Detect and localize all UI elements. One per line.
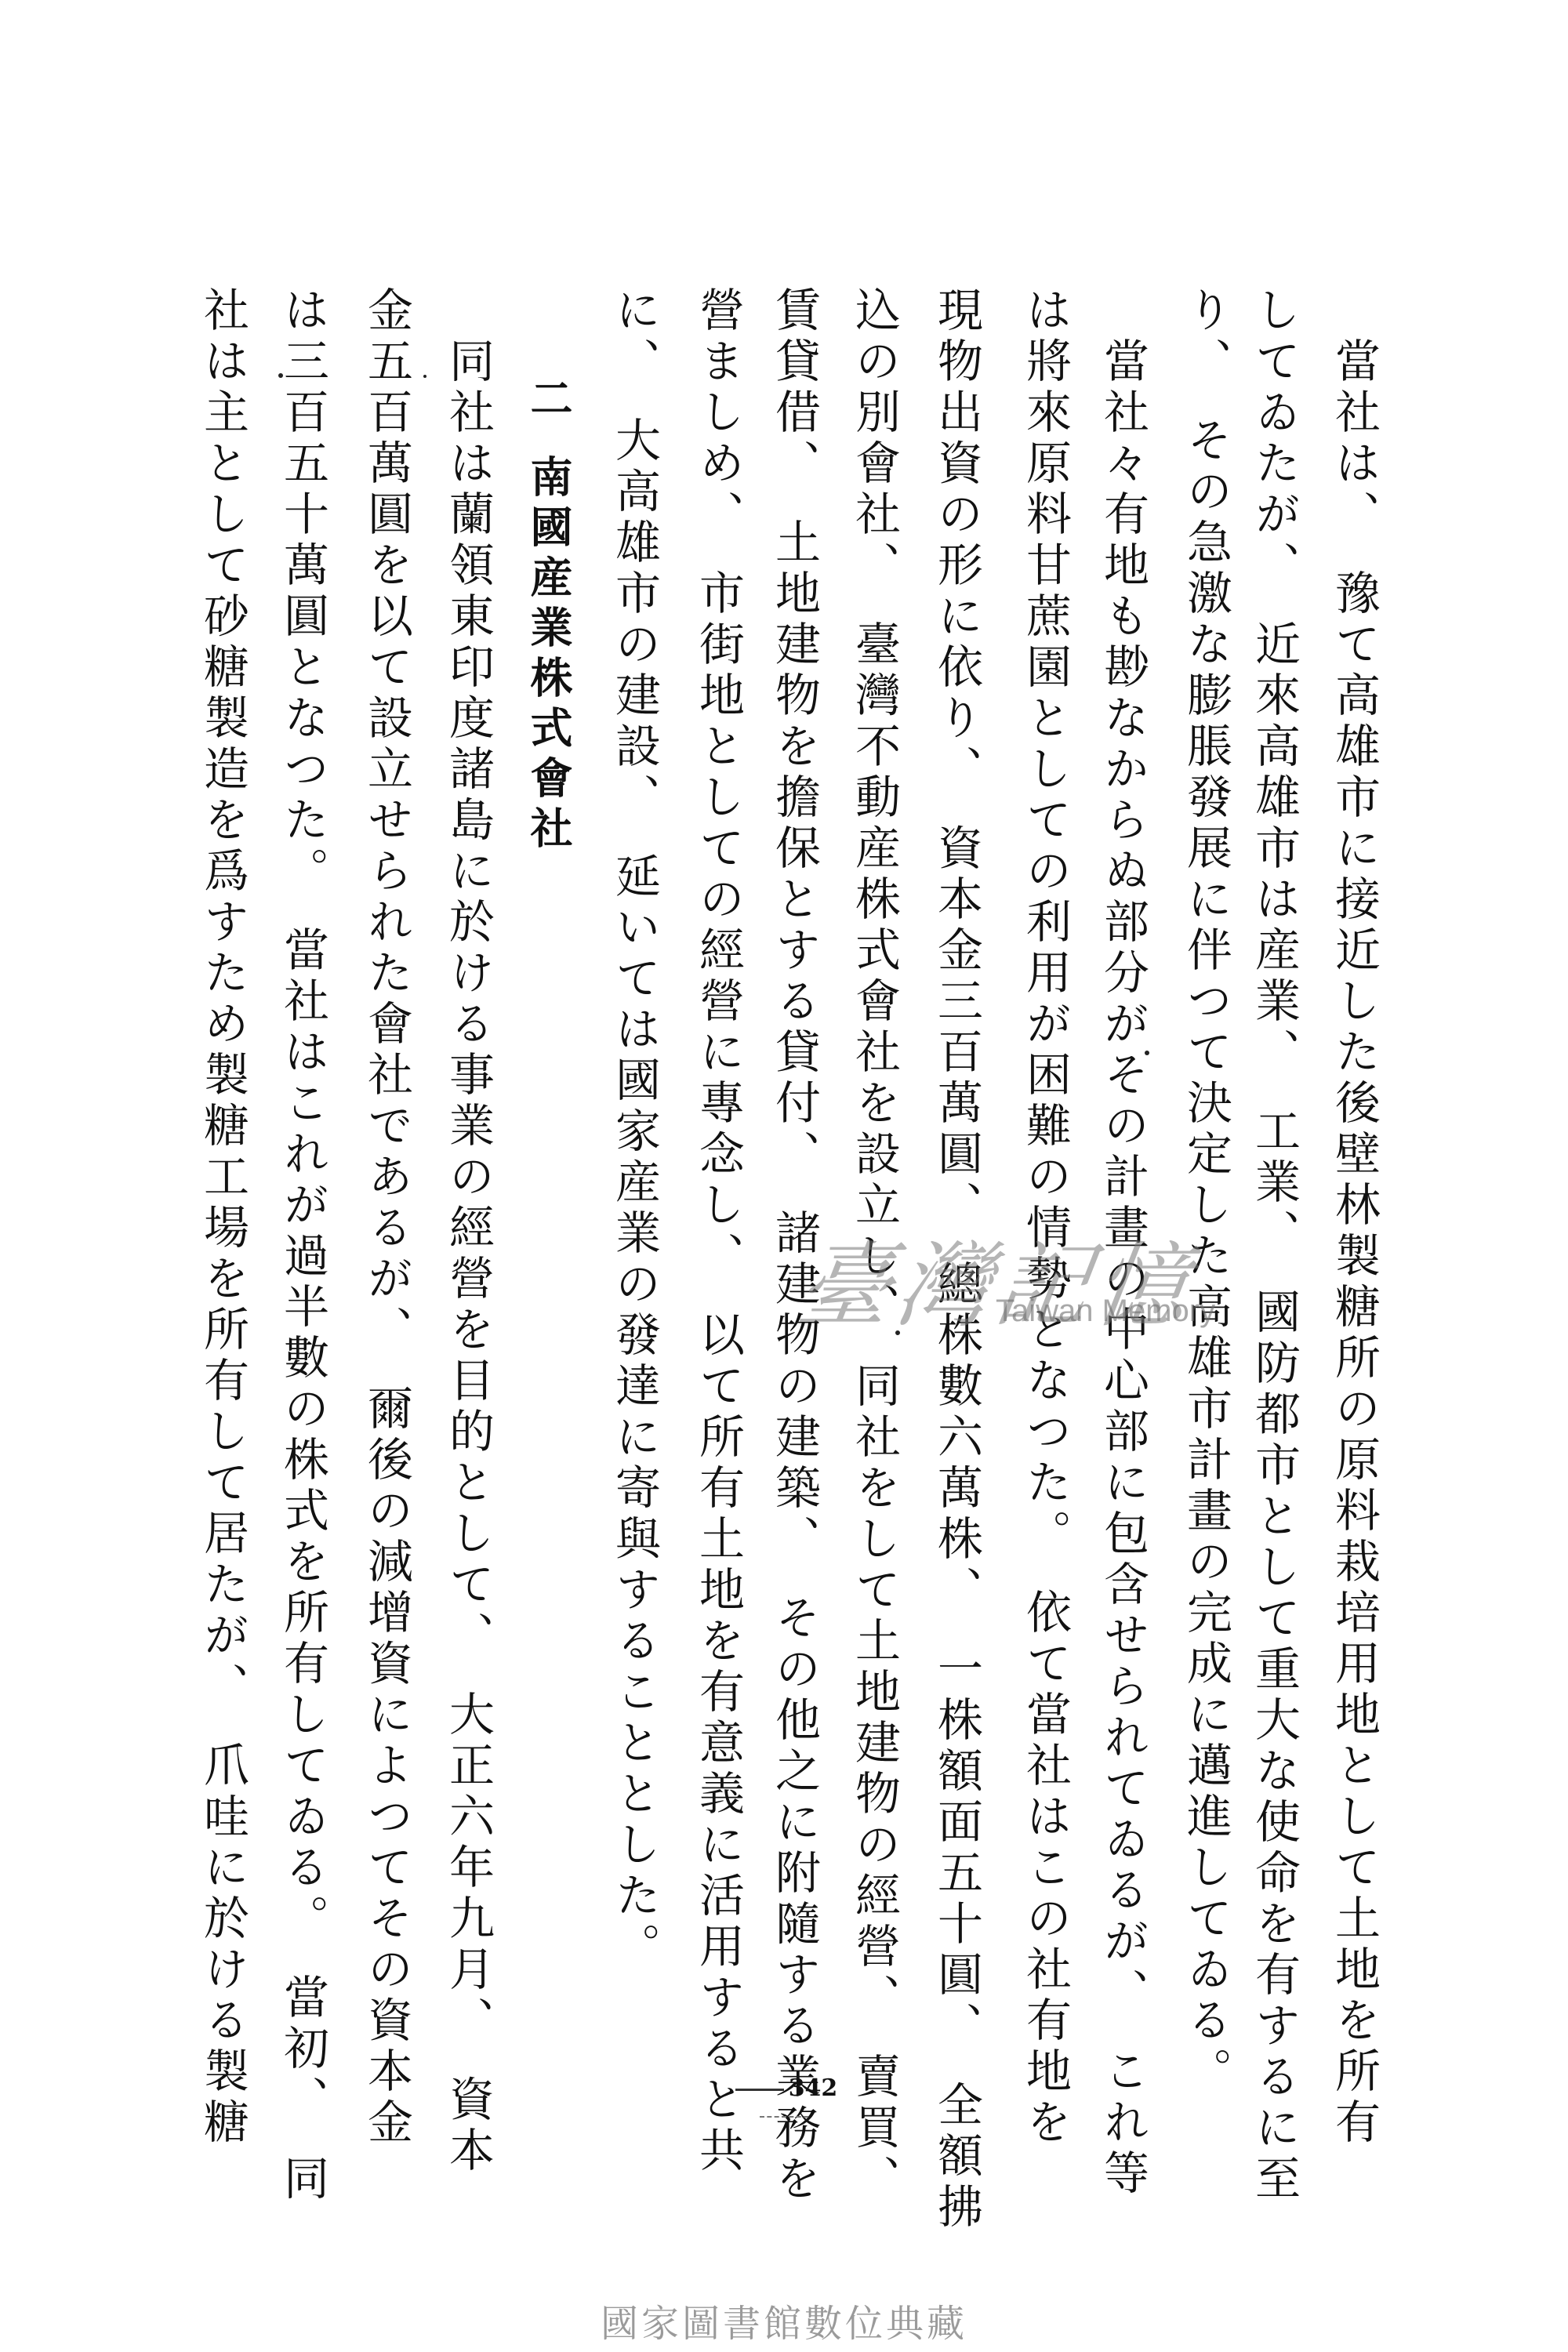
emphasis-dot [423,375,426,378]
section-heading: 二南國産業株式會社 [521,376,576,856]
text-column-s1-1: 當社は、 豫て高雄市に接近した後壁林製糖所の原料栽培用地として土地を所有 [1327,337,1381,2149]
text-column-s1-5: は將來原料甘蔗園としての利用が困難の情勢となつた。 依て當社はこの社有地を [1018,286,1073,2149]
text-column-s2-1: 同社は蘭領東印度諸島に於ける事業の經營を目的として、 大正六年九月、 資本 [441,337,495,2177]
text-column-s2-4: 社は主として砂糖製造を爲すため製糖工場を所有して居たが、 爪哇に於ける製糖 [195,286,250,2149]
text-column-s1-7: 込の別會社、 臺灣不動産株式會社を設立し、 同社をして土地建物の經營、 賣買、 [847,286,902,2205]
text-column-s1-2: してゐたが、 近來高雄市は産業、 工業、 國防都市として重大な使命を有するに至 [1247,286,1301,2205]
scanned-book-page: 當社は、 豫て高雄市に接近した後壁林製糖所の原料栽培用地として土地を所有 してゐ… [0,0,1568,2352]
text-column-s1-3: り、 その急激な膨脹發展に伴つて決定した高雄市計畫の完成に邁進してゐる。 [1178,286,1233,2098]
page-number: 342 [729,2074,839,2129]
section-number: 二 [521,376,576,426]
library-footer: 國家圖書館數位典藏 [549,2293,1019,2347]
text-column-s1-4: 當社々有地も尠なからぬ部分がその計畫の中心部に包含せられてゐるが、 これ等 [1095,337,1150,2200]
section-title: 南國産業株式會社 [524,455,574,856]
text-column-s2-2: 金五百萬圓を以て設立せられた會社であるが、 爾後の減增資によつてその資本金 [359,286,414,2149]
emphasis-dot [1145,1051,1149,1055]
text-column-s1-9: 營ましめ、 市街地としての經營に專念し、 以て所有土地を有意義に活用すると共 [691,286,746,2177]
text-column-s1-10: に、 大高雄市の建設、 延いては國家産業の發達に寄與することとした。 [607,286,662,1973]
page-number-rule-left [735,2089,784,2091]
page-number-value: 342 [789,2074,838,2102]
text-column-s1-6: 現物出資の形に依り、 資本金三百萬圓、 總株數六萬株、 一株額面五十圓、 全額拂 [929,286,984,2234]
emphasis-dot [895,1330,900,1335]
emphasis-dot [278,373,283,378]
text-column-s2-3: は三百五十萬圓となつた。 當社はこれが過半數の株式を所有してゐる。 當初、 同 [275,286,330,2205]
text-column-s1-8: 賃貸借、 土地建物を擔保とする貸付、 諸建物の建築、 その他之に附隨する業務を [767,286,822,2205]
page-number-rule-right [760,2116,808,2118]
